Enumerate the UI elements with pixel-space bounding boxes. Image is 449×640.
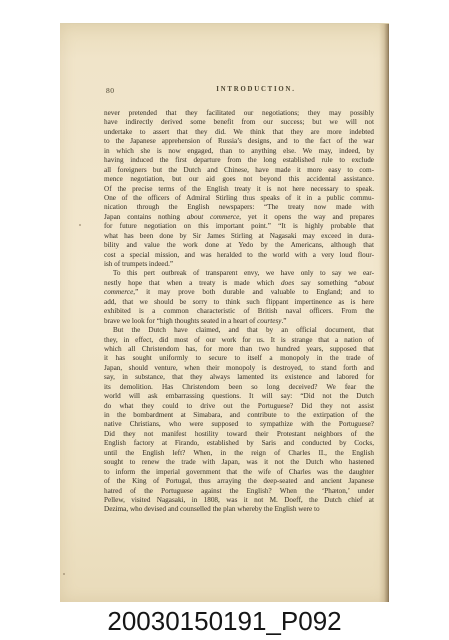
caption-band: 20030150191_P092 <box>0 602 449 640</box>
text-line: until the English left? When, in the rei… <box>104 449 374 458</box>
text-line: all foreigners but the Dutch and Chinese… <box>104 166 374 175</box>
text-line: brave we look for “high thoughts seated … <box>104 317 374 326</box>
text-line: exhibited is a common characteristic of … <box>104 307 374 316</box>
text-line: ish of trumpets indeed.” <box>104 260 374 269</box>
text-line: Of the precise terms of the English trea… <box>104 185 374 194</box>
text-line: nication through the English newspapers:… <box>104 203 374 212</box>
text-line: To this pert outbreak of transparent env… <box>104 269 374 278</box>
text-line: to the Japanese apprehension of Russia’s… <box>104 137 374 146</box>
scanned-page: 80 INTRODUCTION. never pretended that th… <box>60 23 389 604</box>
text-line: never pretended that they facilitated ou… <box>104 109 374 118</box>
text-line: sought to renew the trade with Japan, wa… <box>104 458 374 467</box>
text-line: to inform the imperial government that t… <box>104 468 374 477</box>
text-line: Pellew, visited Nagasaki, in 1808, was i… <box>104 496 374 505</box>
text-line: it has sought uniformly to secure to its… <box>104 354 374 363</box>
page-edge-shadow <box>379 24 389 603</box>
text-line: say, in substance, that they always lame… <box>104 373 374 382</box>
running-head: 80 INTRODUCTION. <box>104 86 374 97</box>
text-line: its demolition. Has Christendom been so … <box>104 383 374 392</box>
text-line: Japan contains nothing about commerce, y… <box>104 213 374 222</box>
text-line: have indirectly derived some benefit fro… <box>104 118 374 127</box>
text-line: Japan, should venture, when their monopo… <box>104 364 374 373</box>
text-line: add, that we should be sorry to think su… <box>104 298 374 307</box>
text-line: having induced the first departure from … <box>104 156 374 165</box>
text-line: hatred of the Portuguese against the Eng… <box>104 487 374 496</box>
text-line: undertake to assert that they did. We th… <box>104 128 374 137</box>
image-caption: 20030150191_P092 <box>107 606 341 637</box>
scan-speck <box>63 573 65 575</box>
text-line: bility and value the work done at Yedo b… <box>104 241 374 250</box>
text-line: commerce,” it may prove both durable and… <box>104 288 374 297</box>
text-line: But the Dutch have claimed, and that by … <box>104 326 374 335</box>
text-line: in the bombardment at Simabara, and cont… <box>104 411 374 420</box>
text-line: mence negotiation, but our aid goes not … <box>104 175 374 184</box>
text-line: One of the officers of Admiral Stirling … <box>104 194 374 203</box>
text-line: native Christians, who were supposed to … <box>104 420 374 429</box>
text-line: Did they not manifest hostility toward t… <box>104 430 374 439</box>
text-line: for future negotiation on this important… <box>104 222 374 231</box>
text-line: English factory at Firando, established … <box>104 439 374 448</box>
text-line: they, in effect, did most of our work fo… <box>104 336 374 345</box>
text-line: Dezima, who devised and counselled the p… <box>104 505 374 514</box>
text-line: which all Christendom has, for more than… <box>104 345 374 354</box>
text-line: cost a special mission, and was heralded… <box>104 251 374 260</box>
text-line: world will ask embarrassing questions. I… <box>104 392 374 401</box>
text-line: nestly hope that when a treaty is made w… <box>104 279 374 288</box>
running-title: INTRODUCTION. <box>104 86 374 93</box>
scan-speck <box>79 224 81 226</box>
text-line: what has been done by Sir James Stirling… <box>104 232 374 241</box>
text-line: of the King of Portugal, thus arraying t… <box>104 477 374 486</box>
page-text: never pretended that they facilitated ou… <box>104 109 374 515</box>
text-line: in which she is now engaged, than to any… <box>104 147 374 156</box>
text-line: do what they could to drive out the Port… <box>104 402 374 411</box>
